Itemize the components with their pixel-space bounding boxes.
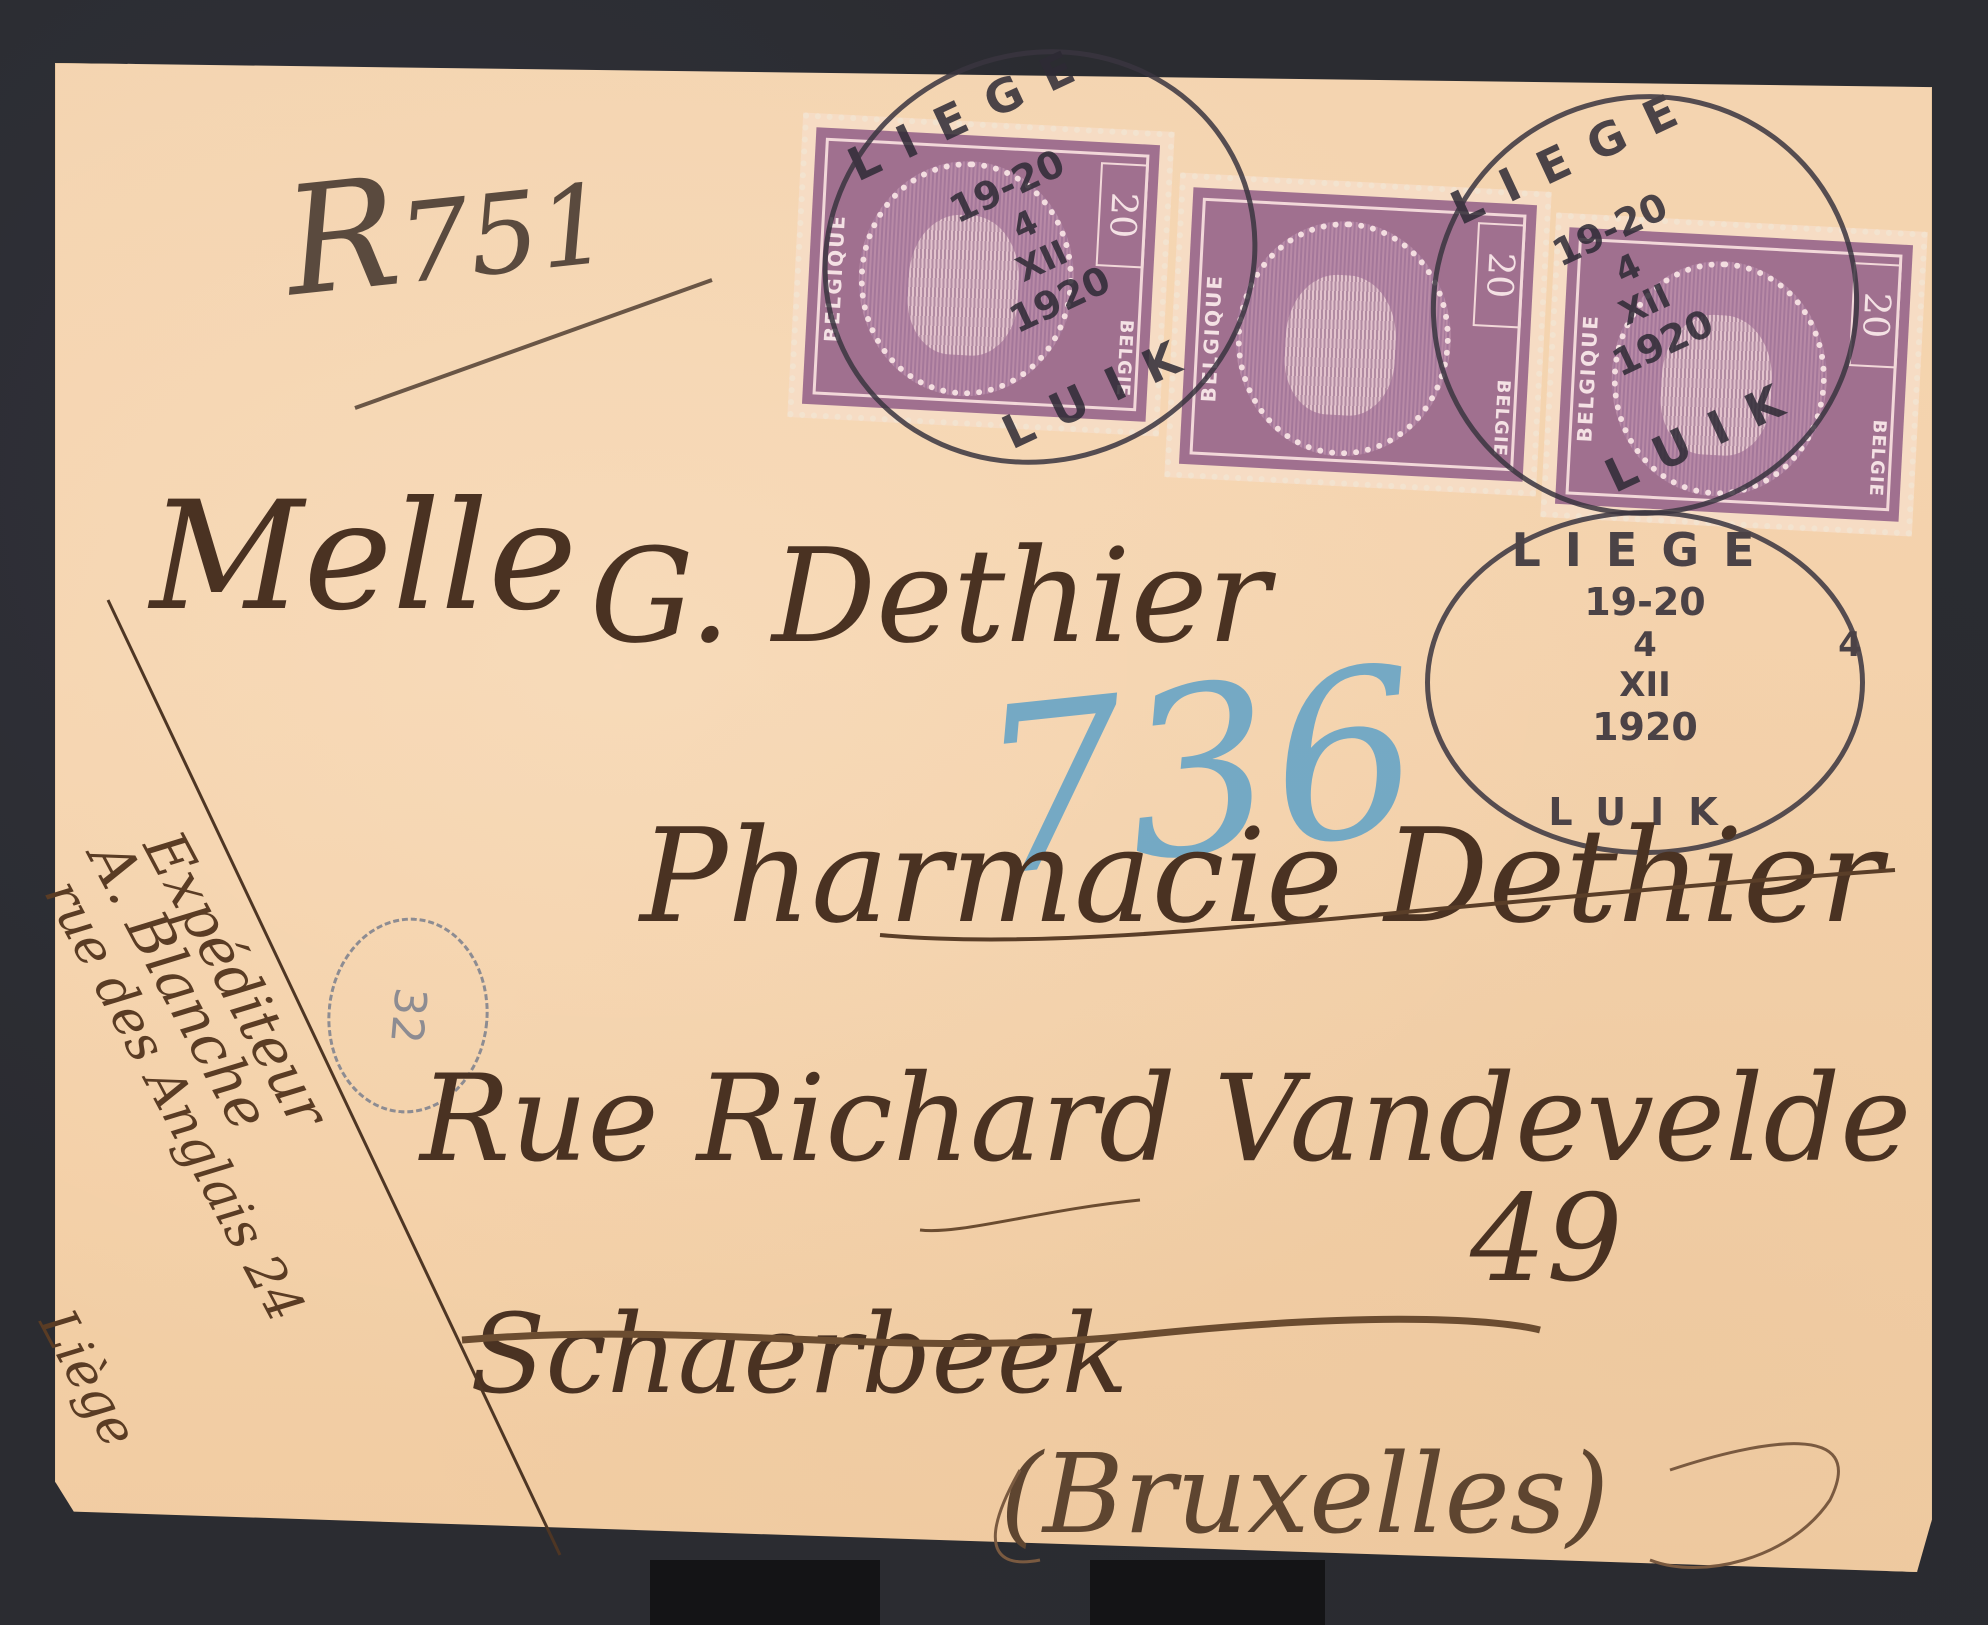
postmark-city: LIEGE — [1430, 523, 1860, 577]
mount-clip-left — [650, 1560, 880, 1625]
postmark-time: 19-20 — [1430, 580, 1860, 624]
address-city: Schaerbeek — [470, 1290, 1128, 1418]
postmark-month: XII — [1430, 665, 1860, 705]
transit-stamp-text: 32 — [380, 985, 436, 1045]
stamp-country-label-2: BELGIE — [1850, 392, 1891, 521]
address-name: G. Dethier — [590, 520, 1270, 672]
postmark-day: 4 — [1430, 625, 1860, 665]
address-region: (Bruxelles) — [1000, 1430, 1609, 1558]
registration-number: 751 — [393, 159, 615, 308]
mount-clip-right — [1090, 1560, 1325, 1625]
address-line1: Pharmacie Dethier — [640, 800, 1882, 952]
registration-label: R — [277, 146, 408, 331]
address-salutation: Melle — [150, 470, 577, 644]
address-line2: Rue Richard Vandevelde — [420, 1050, 1911, 1189]
postmark-year: 1920 — [1430, 705, 1860, 749]
king-portrait-icon — [1282, 272, 1399, 418]
postmark-office: 4 — [1810, 625, 1890, 665]
address-number: 49 — [1470, 1170, 1623, 1309]
registration-mark: R751 — [277, 124, 616, 331]
